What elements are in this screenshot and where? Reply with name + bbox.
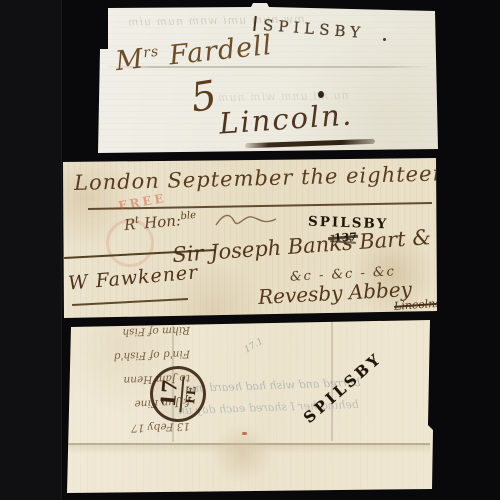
- spilsby-straightline-postmark: SPILSBY: [262, 16, 365, 42]
- cover-middle: London September the eighteenth 1806 FRE…: [62, 157, 438, 319]
- cover-bottom: 13 Feby 17 f: Jun Fine to Jam Henn Fin'd…: [66, 319, 433, 496]
- honorific-superscript-2: ble: [180, 210, 196, 222]
- postmark-dot: [383, 38, 386, 41]
- manuscript-rate-mark: 5: [188, 72, 220, 121]
- cover-top: mw num umi wnm num uim nu mi unm wim num…: [97, 2, 438, 154]
- ink-underline-smear: [245, 139, 375, 149]
- manuscript-addressee: Mrs Fardell: [114, 30, 274, 77]
- docket-line: Rihm of Fish: [122, 324, 190, 338]
- ink-blot: [318, 91, 324, 98]
- addressee-prefix: M: [114, 43, 146, 77]
- docket-line: 13 Feby 17: [131, 420, 190, 434]
- struck-through-word: Lincolnsh: [394, 296, 449, 313]
- free-handstamp: FREE: [117, 191, 167, 213]
- manuscript-address-line-3: Revesby Abbey: [257, 277, 412, 309]
- honorific-rest: Hon:: [139, 211, 182, 233]
- docket-line: Fin'd of Fish'd: [114, 348, 191, 363]
- pencil-note: 17.1: [243, 337, 265, 356]
- album-mount-edge: [0, 0, 62, 500]
- red-wax-speck: [242, 432, 247, 435]
- manuscript-dateline: London September the eighteenth 1806: [74, 159, 500, 195]
- manuscript-destination: Lincoln.: [218, 97, 354, 140]
- datestamp-month: FE: [184, 386, 197, 405]
- datestamp-day: 17: [158, 378, 180, 407]
- addressee-superscript: rs: [143, 44, 160, 62]
- frank-line: [72, 298, 188, 306]
- free-frank-signature: W Fawkener: [67, 261, 199, 294]
- pen-flourish: [214, 209, 278, 231]
- manuscript-honorific: Rt Hon:ble: [123, 210, 197, 234]
- photo-board: mw num umi wnm num uim nu mi unm wim num…: [0, 0, 500, 500]
